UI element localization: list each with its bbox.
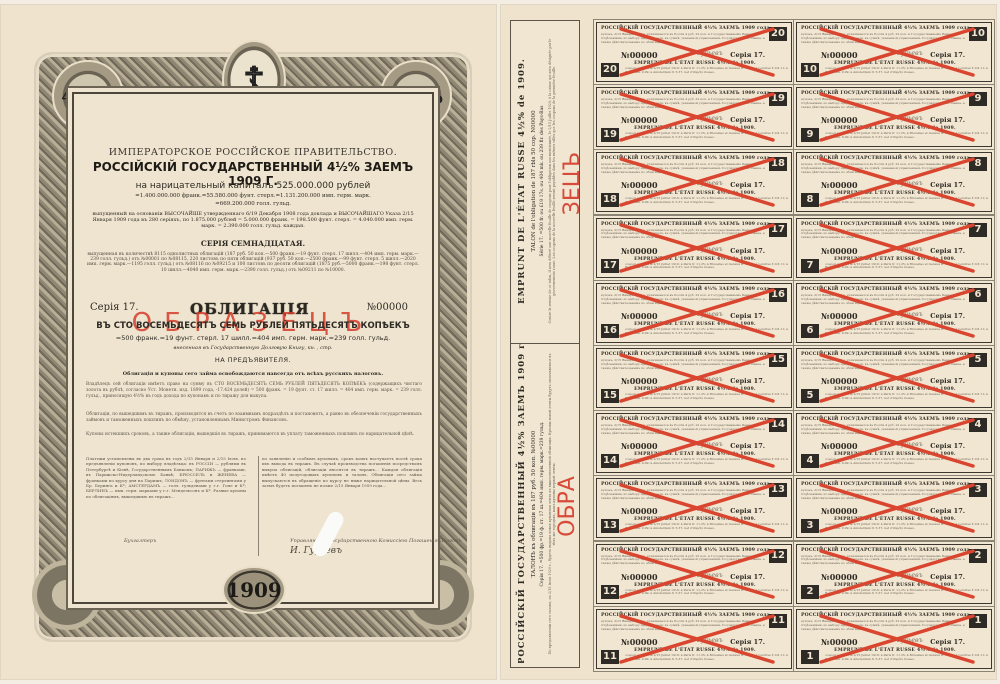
terms-paragraph-3: Купоны истекшихъ сроковъ, а также облига…: [86, 432, 422, 438]
coupon-heading-fr: EMPRUNT DE L'ÉTAT RUSSE 4½% de 1909.: [597, 257, 793, 262]
series-detail: выпущенная въ количествѣ 8115 однолистны…: [80, 252, 426, 273]
coupon-heading: РОССІЙСКІЙ ГОСУДАРСТВЕННЫЙ 4½% ЗАЕМЪ 190…: [801, 548, 972, 553]
coupon-signature: Гурьевъ: [697, 506, 723, 513]
coupon-signature: Гурьевъ: [697, 246, 723, 253]
payment-terms-right: по заявленію и особымъ купонамъ, срокъ к…: [262, 456, 422, 488]
coupon-heading: РОССІЙСКІЙ ГОСУДАРСТВЕННЫЙ 4½% ЗАЕМЪ 190…: [601, 548, 772, 553]
coupon-number-badge: 2: [969, 549, 987, 563]
coupon-number-badge: 8: [969, 157, 987, 171]
coupon-heading: РОССІЙСКІЙ ГОСУДАРСТВЕННЫЙ 4½% ЗАЕМЪ 190…: [801, 91, 972, 96]
coupon: РОССІЙСКІЙ ГОСУДАРСТВЕННЫЙ 4½% ЗАЕМЪ 190…: [796, 152, 992, 212]
coupon-number-badge: 14: [769, 418, 787, 432]
coupon-serial: №00000: [621, 50, 658, 60]
coupon-heading: РОССІЙСКІЙ ГОСУДАРСТВЕННЫЙ 4½% ЗАЕМЪ 190…: [601, 222, 772, 227]
coupon-serial: №00000: [821, 506, 858, 516]
talon-ru-heading: РОССІЙСКІЙ ГОСУДАРСТВЕННЫЙ 4½% ЗАЕМЪ 190…: [517, 344, 527, 663]
coupon: РОССІЙСКІЙ ГОСУДАРСТВЕННЫЙ 4½% ЗАЕМЪ 190…: [796, 87, 992, 147]
coupon-heading: РОССІЙСКІЙ ГОСУДАРСТВЕННЫЙ 4½% ЗАЕМЪ 190…: [601, 352, 772, 357]
amount-equivalents: =500 франк.=19 фунт. стерл. 17 шилл.=404…: [80, 335, 426, 342]
coupon-body-ru: купонъ, 2/15 Января 1919 г. уплачивается…: [601, 359, 765, 371]
coupon-number-badge: 14: [601, 454, 619, 468]
coupon-serial: №00000: [821, 180, 858, 190]
coupon-serie: Серія 17.: [930, 116, 965, 124]
coupon-signature: Гурьевъ: [697, 572, 723, 579]
coupon-body-fr: coupon payable le 2/15 Juillet 1919: à P…: [825, 393, 989, 401]
coupon-heading-fr: EMPRUNT DE L'ÉTAT RUSSE 4½% de 1909.: [597, 583, 793, 588]
coupon-serial: №00000: [821, 115, 858, 125]
coupon-number-badge: 4: [969, 418, 987, 432]
coupon: РОССІЙСКІЙ ГОСУДАРСТВЕННЫЙ 4½% ЗАЕМЪ 190…: [796, 283, 992, 343]
coupon-signature: Гурьевъ: [897, 506, 923, 513]
talon-fr-heading: EMPRUNT DE L'ÉTAT RUSSE 4½% de 1909.: [517, 21, 527, 341]
coupon-body-fr: coupon payable le 2/15 Juillet 1919: à P…: [625, 197, 789, 205]
coupon-serial: №00000: [621, 506, 658, 516]
coupon-signature: Гурьевъ: [897, 246, 923, 253]
coupon-serie: Серія 17.: [730, 116, 765, 124]
coupon-number-badge: 18: [769, 157, 787, 171]
amount-words: ВЪ СТО ВОСЕМЬДЕСЯТЪ СЕМЬ РУБЛЕЙ ПЯТЬДЕСЯ…: [80, 322, 426, 332]
coupon-number-badge: 6: [801, 324, 819, 338]
coupon-number-badge: 10: [801, 63, 819, 77]
coupon-heading: РОССІЙСКІЙ ГОСУДАРСТВЕННЫЙ 4½% ЗАЕМЪ 190…: [801, 26, 972, 31]
coupon-body-fr: coupon payable le 2/15 Juillet 1919: à P…: [825, 263, 989, 271]
coupon-body-fr: coupon payable le 2/15 Juillet 1919: à P…: [625, 393, 789, 401]
coupon-body-ru: купонъ, 2/15 Января 1919 г. уплачивается…: [801, 620, 965, 632]
coupon: РОССІЙСКІЙ ГОСУДАРСТВЕННЫЙ 4½% ЗАЕМЪ 190…: [596, 283, 792, 343]
year-medallion: 1909: [222, 566, 286, 614]
coupon-serie: Серія 17.: [930, 51, 965, 59]
coupon: РОССІЙСКІЙ ГОСУДАРСТВЕННЫЙ 4½% ЗАЕМЪ 190…: [796, 413, 992, 473]
capital-line: на нарицательный капиталъ 525.000.000 ру…: [80, 181, 426, 191]
coupon-number-badge: 15: [601, 389, 619, 403]
coupon-heading: РОССІЙСКІЙ ГОСУДАРСТВЕННЫЙ 4½% ЗАЕМЪ 190…: [601, 613, 772, 618]
coupon-heading: РОССІЙСКІЙ ГОСУДАРСТВЕННЫЙ 4½% ЗАЕМЪ 190…: [601, 156, 772, 161]
coupon: РОССІЙСКІЙ ГОСУДАРСТВЕННЫЙ 4½% ЗАЕМЪ 190…: [796, 348, 992, 408]
coupon-serial: №00000: [821, 246, 858, 256]
decree-text: выпущенный на основаніи ВЫСОЧАЙШЕ утверж…: [80, 212, 426, 229]
coupon-heading: РОССІЙСКІЙ ГОСУДАРСТВЕННЫЙ 4½% ЗАЕМЪ 190…: [801, 156, 972, 161]
coupon-heading-fr: EMPRUNT DE L'ÉTAT RUSSE 4½% de 1909.: [797, 583, 993, 588]
coupon-signature: Гурьевъ: [697, 180, 723, 187]
coupon-body-ru: купонъ, 2/15 Января 1919 г. уплачивается…: [801, 229, 965, 241]
coupon-serial: №00000: [821, 637, 858, 647]
coupon-heading: РОССІЙСКІЙ ГОСУДАРСТВЕННЫЙ 4½% ЗАЕМЪ 190…: [601, 91, 772, 96]
coupon-serie: Серія 17.: [730, 181, 765, 189]
coupon-signature: Гурьевъ: [697, 376, 723, 383]
bearer-label: НА ПРЕДЪЯВИТЕЛЯ.: [80, 357, 426, 364]
terms-paragraph-1: Владѣлецъ сей облигаціи имѣетъ право на …: [86, 382, 422, 399]
talon-ru-sub: ТАЛОНЪ къ облигаціи въ 187 руб. 50 коп. …: [531, 344, 537, 663]
coupon-serial: №00000: [621, 441, 658, 451]
coupon-serie: Серія 17.: [930, 638, 965, 646]
coupon-number-badge: 3: [969, 483, 987, 497]
coupon-number-badge: 17: [601, 259, 619, 273]
coupon-number-badge: 7: [969, 223, 987, 237]
coupon-number-badge: 5: [969, 353, 987, 367]
coupon-body-ru: купонъ, 2/15 Января 1919 г. уплачивается…: [801, 294, 965, 306]
coupon-number-badge: 1: [801, 650, 819, 664]
issuer-title: ИМПЕРАТОРСКОЕ РОССІЙСКОЕ ПРАВИТЕЛЬСТВО.: [80, 148, 426, 159]
year-label: 1909: [226, 578, 282, 602]
coupon-number-badge: 19: [769, 92, 787, 106]
coupon-heading: РОССІЙСКІЙ ГОСУДАРСТВЕННЫЙ 4½% ЗАЕМЪ 190…: [601, 287, 772, 292]
coupon-serial: №00000: [821, 50, 858, 60]
coupon-body-fr: coupon payable le 2/15 Juillet 1919: à P…: [625, 523, 789, 531]
coupon-body-ru: купонъ, 2/15 Января 1919 г. уплачивается…: [801, 555, 965, 567]
talon-fr-sub: TALON de l'obligation de 187 rbls 50 cop…: [531, 21, 537, 341]
talon-specimen-stamp: ЗЕЦЪ: [560, 152, 579, 215]
talon-fr-body: Contre la remise de ce talon, il sera dé…: [548, 21, 557, 341]
talon-french: EMPRUNT DE L'ÉTAT RUSSE 4½% de 1909. TAL…: [511, 21, 579, 341]
coupon-number-badge: 13: [769, 483, 787, 497]
coupon: РОССІЙСКІЙ ГОСУДАРСТВЕННЫЙ 4½% ЗАЕМЪ 190…: [796, 22, 992, 82]
coupon-serial: №00000: [621, 637, 658, 647]
coupon-serie: Серія 17.: [730, 51, 765, 59]
coupon-heading: РОССІЙСКІЙ ГОСУДАРСТВЕННЫЙ 4½% ЗАЕМЪ 190…: [601, 417, 772, 422]
coupon-serial: №00000: [821, 441, 858, 451]
coupon-serial: №00000: [821, 572, 858, 582]
coupon-body-ru: купонъ, 2/15 Января 1919 г. уплачивается…: [801, 33, 965, 45]
coupon-heading: РОССІЙСКІЙ ГОСУДАРСТВЕННЫЙ 4½% ЗАЕМЪ 190…: [801, 222, 972, 227]
terms-paragraph-2: Облигаціи, по вышедшимъ въ тиражъ, произ…: [86, 412, 422, 424]
coupon-serie: Серія 17.: [730, 573, 765, 581]
coupon-body-ru: купонъ, 2/15 Января 1919 г. уплачивается…: [601, 489, 765, 501]
coupon-number-badge: 9: [801, 128, 819, 142]
coupon-signature: Гурьевъ: [897, 637, 923, 644]
coupon-number-badge: 12: [769, 549, 787, 563]
coupon-heading: РОССІЙСКІЙ ГОСУДАРСТВЕННЫЙ 4½% ЗАЕМЪ 190…: [601, 26, 772, 31]
capital-equivalents-2: =669.200.000 голл. гульд.: [80, 201, 426, 207]
coupon: РОССІЙСКІЙ ГОСУДАРСТВЕННЫЙ 4½% ЗАЕМЪ 190…: [796, 218, 992, 278]
coupon-serie: Серія 17.: [930, 507, 965, 515]
coupon-body-ru: купонъ, 2/15 Января 1919 г. уплачивается…: [801, 163, 965, 175]
coupon-heading-fr: EMPRUNT DE L'ÉTAT RUSSE 4½% de 1909.: [797, 257, 993, 262]
coupon-signature: Гурьевъ: [697, 311, 723, 318]
coupon-signature: Гурьевъ: [697, 115, 723, 122]
coupon-heading: РОССІЙСКІЙ ГОСУДАРСТВЕННЫЙ 4½% ЗАЕМЪ 190…: [601, 482, 772, 487]
coupon-body-fr: coupon payable le 2/15 Juillet 1919: à P…: [825, 132, 989, 140]
coupon-number-badge: 13: [601, 519, 619, 533]
coupon-number-badge: 5: [801, 389, 819, 403]
coupon-signature: Гурьевъ: [897, 376, 923, 383]
capital-equivalents: =1.400.000.000 франк.=55.580.000 фунт. с…: [80, 193, 426, 199]
coupon-number-badge: 19: [601, 128, 619, 142]
coupon: РОССІЙСКІЙ ГОСУДАРСТВЕННЫЙ 4½% ЗАЕМЪ 190…: [796, 544, 992, 604]
accountant-signature-label: Бухгалтеръ: [124, 538, 156, 544]
coupon-number-badge: 8: [801, 193, 819, 207]
coupon: РОССІЙСКІЙ ГОСУДАРСТВЕННЫЙ 4½% ЗАЕМЪ 190…: [596, 413, 792, 473]
registry-line: внесенная въ Государственную Долговую Кн…: [80, 346, 426, 352]
coupon-signature: Гурьевъ: [897, 115, 923, 122]
coupon-serial: №00000: [621, 115, 658, 125]
tax-exempt-line: Облигація и купоны сего займа освобождаю…: [80, 372, 426, 378]
coupon-body-ru: купонъ, 2/15 Января 1919 г. уплачивается…: [601, 33, 765, 45]
coupon-number-badge: 11: [769, 614, 787, 628]
coupon: РОССІЙСКІЙ ГОСУДАРСТВЕННЫЙ 4½% ЗАЕМЪ 190…: [596, 348, 792, 408]
coupon-body-fr: coupon payable le 2/15 Juillet 1919: à P…: [625, 589, 789, 597]
coupon-body-ru: купонъ, 2/15 Января 1919 г. уплачивается…: [601, 555, 765, 567]
coupon: РОССІЙСКІЙ ГОСУДАРСТВЕННЫЙ 4½% ЗАЕМЪ 190…: [796, 478, 992, 538]
coupon: РОССІЙСКІЙ ГОСУДАРСТВЕННЫЙ 4½% ЗАЕМЪ 190…: [596, 22, 792, 82]
coupon-number-badge: 17: [769, 223, 787, 237]
coupon-body-ru: купонъ, 2/15 Января 1919 г. уплачивается…: [601, 163, 765, 175]
coupon-body-fr: coupon payable le 2/15 Juillet 1919: à P…: [825, 589, 989, 597]
talon-russian: РОССІЙСКІЙ ГОСУДАРСТВЕННЫЙ 4½% ЗАЕМЪ 190…: [511, 343, 579, 663]
coupon-heading: РОССІЙСКІЙ ГОСУДАРСТВЕННЫЙ 4½% ЗАЕМЪ 190…: [801, 352, 972, 357]
coupon: РОССІЙСКІЙ ГОСУДАРСТВЕННЫЙ 4½% ЗАЕМЪ 190…: [796, 609, 992, 669]
coupon-body-fr: coupon payable le 2/15 Juillet 1919: à P…: [625, 67, 789, 75]
talon-fr-serie: Série 17. =500 fr. ou £19 17s. ou 404 mk…: [540, 21, 545, 341]
coupon-body-fr: coupon payable le 2/15 Juillet 1919: à P…: [625, 328, 789, 336]
coupon-body-ru: купонъ, 2/15 Января 1919 г. уплачивается…: [601, 424, 765, 436]
coupon-serie: Серія 17.: [730, 442, 765, 450]
coupon-body-fr: coupon payable le 2/15 Juillet 1919: à P…: [825, 523, 989, 531]
coupon-serie: Серія 17.: [730, 312, 765, 320]
coupon-number-badge: 9: [969, 92, 987, 106]
coupon-body-fr: coupon payable le 2/15 Juillet 1919: à P…: [825, 197, 989, 205]
coupon-serial: №00000: [621, 311, 658, 321]
coupon-number-badge: 2: [801, 585, 819, 599]
coupon-serie: Серія 17.: [730, 377, 765, 385]
coupon-serie: Серія 17.: [930, 247, 965, 255]
coupon-body-fr: coupon payable le 2/15 Juillet 1919: à P…: [825, 328, 989, 336]
coupon-body-fr: coupon payable le 2/15 Juillet 1919: à P…: [625, 263, 789, 271]
coupon-signature: Гурьевъ: [897, 180, 923, 187]
talon-strip: EMPRUNT DE L'ÉTAT RUSSE 4½% de 1909. TAL…: [510, 20, 580, 668]
coupon-number-badge: 7: [801, 259, 819, 273]
talon-specimen-stamp: ОБРА: [555, 476, 579, 537]
coupon-body-ru: купонъ, 2/15 Января 1919 г. уплачивается…: [801, 359, 965, 371]
coupon: РОССІЙСКІЙ ГОСУДАРСТВЕННЫЙ 4½% ЗАЕМЪ 190…: [596, 609, 792, 669]
coupon-body-ru: купонъ, 2/15 Января 1919 г. уплачивается…: [601, 98, 765, 110]
coupon-body-ru: купонъ, 2/15 Января 1919 г. уплачивается…: [801, 489, 965, 501]
coupon-serial: №00000: [621, 376, 658, 386]
coupon-serial: №00000: [621, 246, 658, 256]
coupon-body-fr: coupon payable le 2/15 Juillet 1919: à P…: [825, 458, 989, 466]
coupon-number-badge: 20: [601, 63, 619, 77]
coupon-serial: №00000: [821, 376, 858, 386]
coupon-number-badge: 1: [969, 614, 987, 628]
coupon-heading: РОССІЙСКІЙ ГОСУДАРСТВЕННЫЙ 4½% ЗАЕМЪ 190…: [801, 417, 972, 422]
coupon-serie: Серія 17.: [930, 377, 965, 385]
coupon-signature: Гурьевъ: [697, 441, 723, 448]
talon-ru-serie: Серія 17. =500 фр.=19 ф. ст. 17 ш.=404 и…: [540, 344, 545, 663]
coupon-signature: Гурьевъ: [897, 572, 923, 579]
coupon-serie: Серія 17.: [930, 573, 965, 581]
coupon-body-fr: coupon payable le 2/15 Juillet 1919: à P…: [625, 458, 789, 466]
coupon: РОССІЙСКІЙ ГОСУДАРСТВЕННЫЙ 4½% ЗАЕМЪ 190…: [596, 218, 792, 278]
coupon-body-ru: купонъ, 2/15 Января 1919 г. уплачивается…: [801, 98, 965, 110]
coupon-number-badge: 15: [769, 353, 787, 367]
coupon-body-fr: coupon payable le 2/15 Juillet 1919: à P…: [825, 654, 989, 662]
coupon-heading: РОССІЙСКІЙ ГОСУДАРСТВЕННЫЙ 4½% ЗАЕМЪ 190…: [801, 482, 972, 487]
coupon-signature: Гурьевъ: [697, 50, 723, 57]
coupon-number-badge: 6: [969, 288, 987, 302]
coupon-body-ru: купонъ, 2/15 Января 1919 г. уплачивается…: [601, 229, 765, 241]
coupon-heading: РОССІЙСКІЙ ГОСУДАРСТВЕННЫЙ 4½% ЗАЕМЪ 190…: [801, 287, 972, 292]
coupon-serie: Серія 17.: [930, 442, 965, 450]
coupon-serie: Серія 17.: [730, 638, 765, 646]
coupon-body-fr: coupon payable le 2/15 Juillet 1919: à P…: [625, 654, 789, 662]
coupon-number-badge: 18: [601, 193, 619, 207]
coupon-number-badge: 10: [969, 27, 987, 41]
coupon-signature: Гурьевъ: [897, 50, 923, 57]
coupon: РОССІЙСКІЙ ГОСУДАРСТВЕННЫЙ 4½% ЗАЕМЪ 190…: [596, 152, 792, 212]
coupon-signature: Гурьевъ: [697, 637, 723, 644]
coupon-heading: РОССІЙСКІЙ ГОСУДАРСТВЕННЫЙ 4½% ЗАЕМЪ 190…: [801, 613, 972, 618]
coupon: РОССІЙСКІЙ ГОСУДАРСТВЕННЫЙ 4½% ЗАЕМЪ 190…: [596, 478, 792, 538]
coupon-body-fr: coupon payable le 2/15 Juillet 1919: à P…: [625, 132, 789, 140]
coupon-serial: №00000: [821, 311, 858, 321]
coupon: РОССІЙСКІЙ ГОСУДАРСТВЕННЫЙ 4½% ЗАЕМЪ 190…: [596, 544, 792, 604]
coupon-number-badge: 12: [601, 585, 619, 599]
coupon-number-badge: 4: [801, 454, 819, 468]
coupon-serial: №00000: [621, 180, 658, 190]
coupon-number-badge: 16: [769, 288, 787, 302]
coupon-serial: №00000: [621, 572, 658, 582]
coupon-number-badge: 20: [769, 27, 787, 41]
coupon-number-badge: 16: [601, 324, 619, 338]
coupon: РОССІЙСКІЙ ГОСУДАРСТВЕННЫЙ 4½% ЗАЕМЪ 190…: [596, 87, 792, 147]
coupon-body-fr: coupon payable le 2/15 Juillet 1919: à P…: [825, 67, 989, 75]
coupon-serie: Серія 17.: [930, 312, 965, 320]
coupon-signature: Гурьевъ: [897, 311, 923, 318]
coupon-body-ru: купонъ, 2/15 Января 1919 г. уплачивается…: [601, 294, 765, 306]
coupon-number-badge: 11: [601, 650, 619, 664]
coupon-serie: Серія 17.: [930, 181, 965, 189]
series-heading: СЕРІЯ СЕМНАДЦАТАЯ.: [80, 240, 426, 249]
coupon-serie: Серія 17.: [730, 247, 765, 255]
coupon-body-ru: купонъ, 2/15 Января 1919 г. уплачивается…: [601, 620, 765, 632]
payment-terms-left: Платежи установлены въ два срока въ годъ…: [86, 456, 246, 499]
coupon-body-ru: купонъ, 2/15 Января 1919 г. уплачивается…: [801, 424, 965, 436]
column-divider: [258, 456, 259, 556]
coupon-number-badge: 3: [801, 519, 819, 533]
coupon-signature: Гурьевъ: [897, 441, 923, 448]
coupon-serie: Серія 17.: [730, 507, 765, 515]
